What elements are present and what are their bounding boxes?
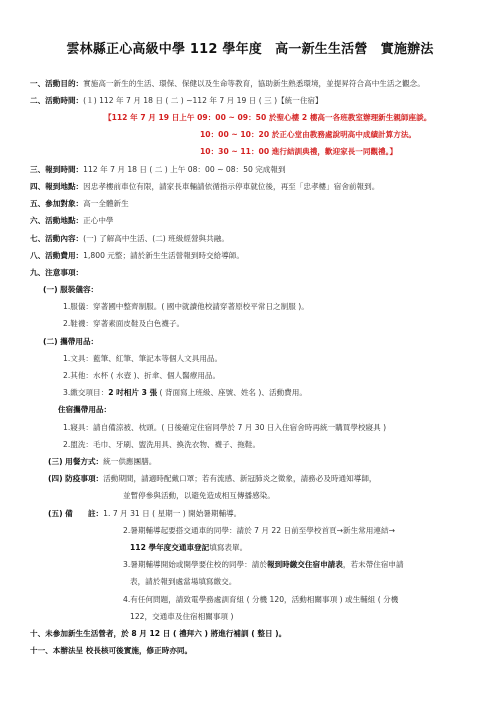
note-4-cont: 122，交通車及住宿相關事項 ) — [130, 612, 233, 622]
notes: (五) 備 註：1. 7 月 31 日 ( 星期一 ) 開始暑期輔導。 — [48, 509, 241, 519]
section-7: 七、活動內容：(一) 了解高中生活、(二) 班級經營與共融。 — [30, 234, 229, 244]
dress-heading: (一) 服裝儀容： — [43, 285, 98, 295]
section-2: 二、活動時間：(１) 112 年 7 月 18 日 ( 二 ) ~112 年 7… — [30, 96, 323, 106]
section-8: 八、活動費用：1,800 元整；請於新生生活營報到時交給導師。 — [30, 251, 244, 261]
schedule-line-1: 【112 年 7 月 19 日上午 09：00 ~ 09：50 於聖心樓 2 樓… — [104, 113, 431, 123]
note-3-cont: 表，請於報到處當場填寫繳交。 — [130, 577, 236, 587]
schedule-line-3: 10：30 ~ 11：00 進行結訓典禮，歡迎家長一同觀禮。】 — [200, 147, 397, 157]
note-4: 4.有任何問題，請致電學務處訓育組 ( 分機 120，活動相關事項 ) 或生輔組… — [123, 595, 398, 605]
section-1: 一、活動目的：實施高一新生的生活、環保、保健以及生命等教育，協助新生熟悉環境，並… — [30, 79, 425, 89]
note-2-cont: 112 學年度交通車登記填寫表單。 — [130, 543, 247, 553]
epidemic-cont: 並暫停參與活動，以避免造成相互傳播感染。 — [123, 491, 275, 501]
epidemic: (四) 防疫事項：活動期間，請適時配戴口罩；若有流感、新冠肺炎之徵象，請務必及時… — [48, 474, 377, 484]
section-10: 十、未參加新生生活營者，於 8 月 12 日 ( 禮拜六 ) 將進行補訓 ( 整… — [30, 629, 286, 639]
section-6: 六、活動地點：正心中學 — [30, 216, 114, 226]
document-title: 雲林縣正心高級中學 112 學年度 高一新生生活營 實施辦法 — [0, 38, 500, 57]
schedule-line-2: 10：00 ~ 10：20 於正心堂由教務處說明高中成績計算方法。 — [200, 130, 416, 140]
dress-item: 2.鞋襪：穿著素面皮鞋及白色襪子。 — [63, 319, 184, 329]
note-2: 2.暑期輔導起要搭交通車的同學：請於 7 月 22 日前至學校首頁→新生常用連結… — [123, 526, 395, 536]
meal: (三) 用餐方式：統一供應團膳。 — [48, 457, 156, 467]
dorm-item: 1.寢具：請自備涼被、枕頭。( 日後確定住宿同學於 7 月 30 日入住宿舍時再… — [63, 423, 386, 433]
note-3: 3.暑期輔導開始或開學要住校的同學：請於報到時繳交住宿申請表，若未帶住宿申請 — [123, 560, 404, 570]
carry-item: 2.其他：水杯 ( 水壺 )、折傘、個人醫療用品。 — [63, 371, 220, 381]
dorm-heading: 住宿攜帶用品： — [58, 405, 111, 415]
section-5: 五、參加對象：高一全體新生 — [30, 199, 129, 209]
section-9-heading: 九、注意事項： — [30, 268, 83, 278]
carry-heading: (二) 攜帶用品： — [43, 337, 98, 347]
section-4: 四、報到地點：因忠孝樓前車位有限，請家長車輛請依循指示停車就位後，再至「忠孝樓」… — [30, 182, 379, 192]
section-3: 三、報到時間：112 年 7 月 18 日 ( 二 ) 上午 08：00 ~ 0… — [30, 165, 286, 175]
carry-item: 1.文具：藍筆、紅筆、筆記本等個人文具用品。 — [63, 354, 222, 364]
dorm-item: 2.盥洗：毛巾、牙刷、盥洗用具、換洗衣物、襪子、拖鞋。 — [63, 440, 260, 450]
dress-item: 1.服儀：穿著國中整齊制服。( 國中就讀他校請穿著原校平常日之制服 )。 — [63, 302, 309, 312]
section-11: 十一、本辦法呈 校長核可後實施，修正時亦同。 — [30, 646, 192, 656]
carry-item: 3.繳交項目：2 吋相片 3 張 ( 背面寫上班級、座號、姓名 )、活動費用。 — [63, 388, 307, 398]
